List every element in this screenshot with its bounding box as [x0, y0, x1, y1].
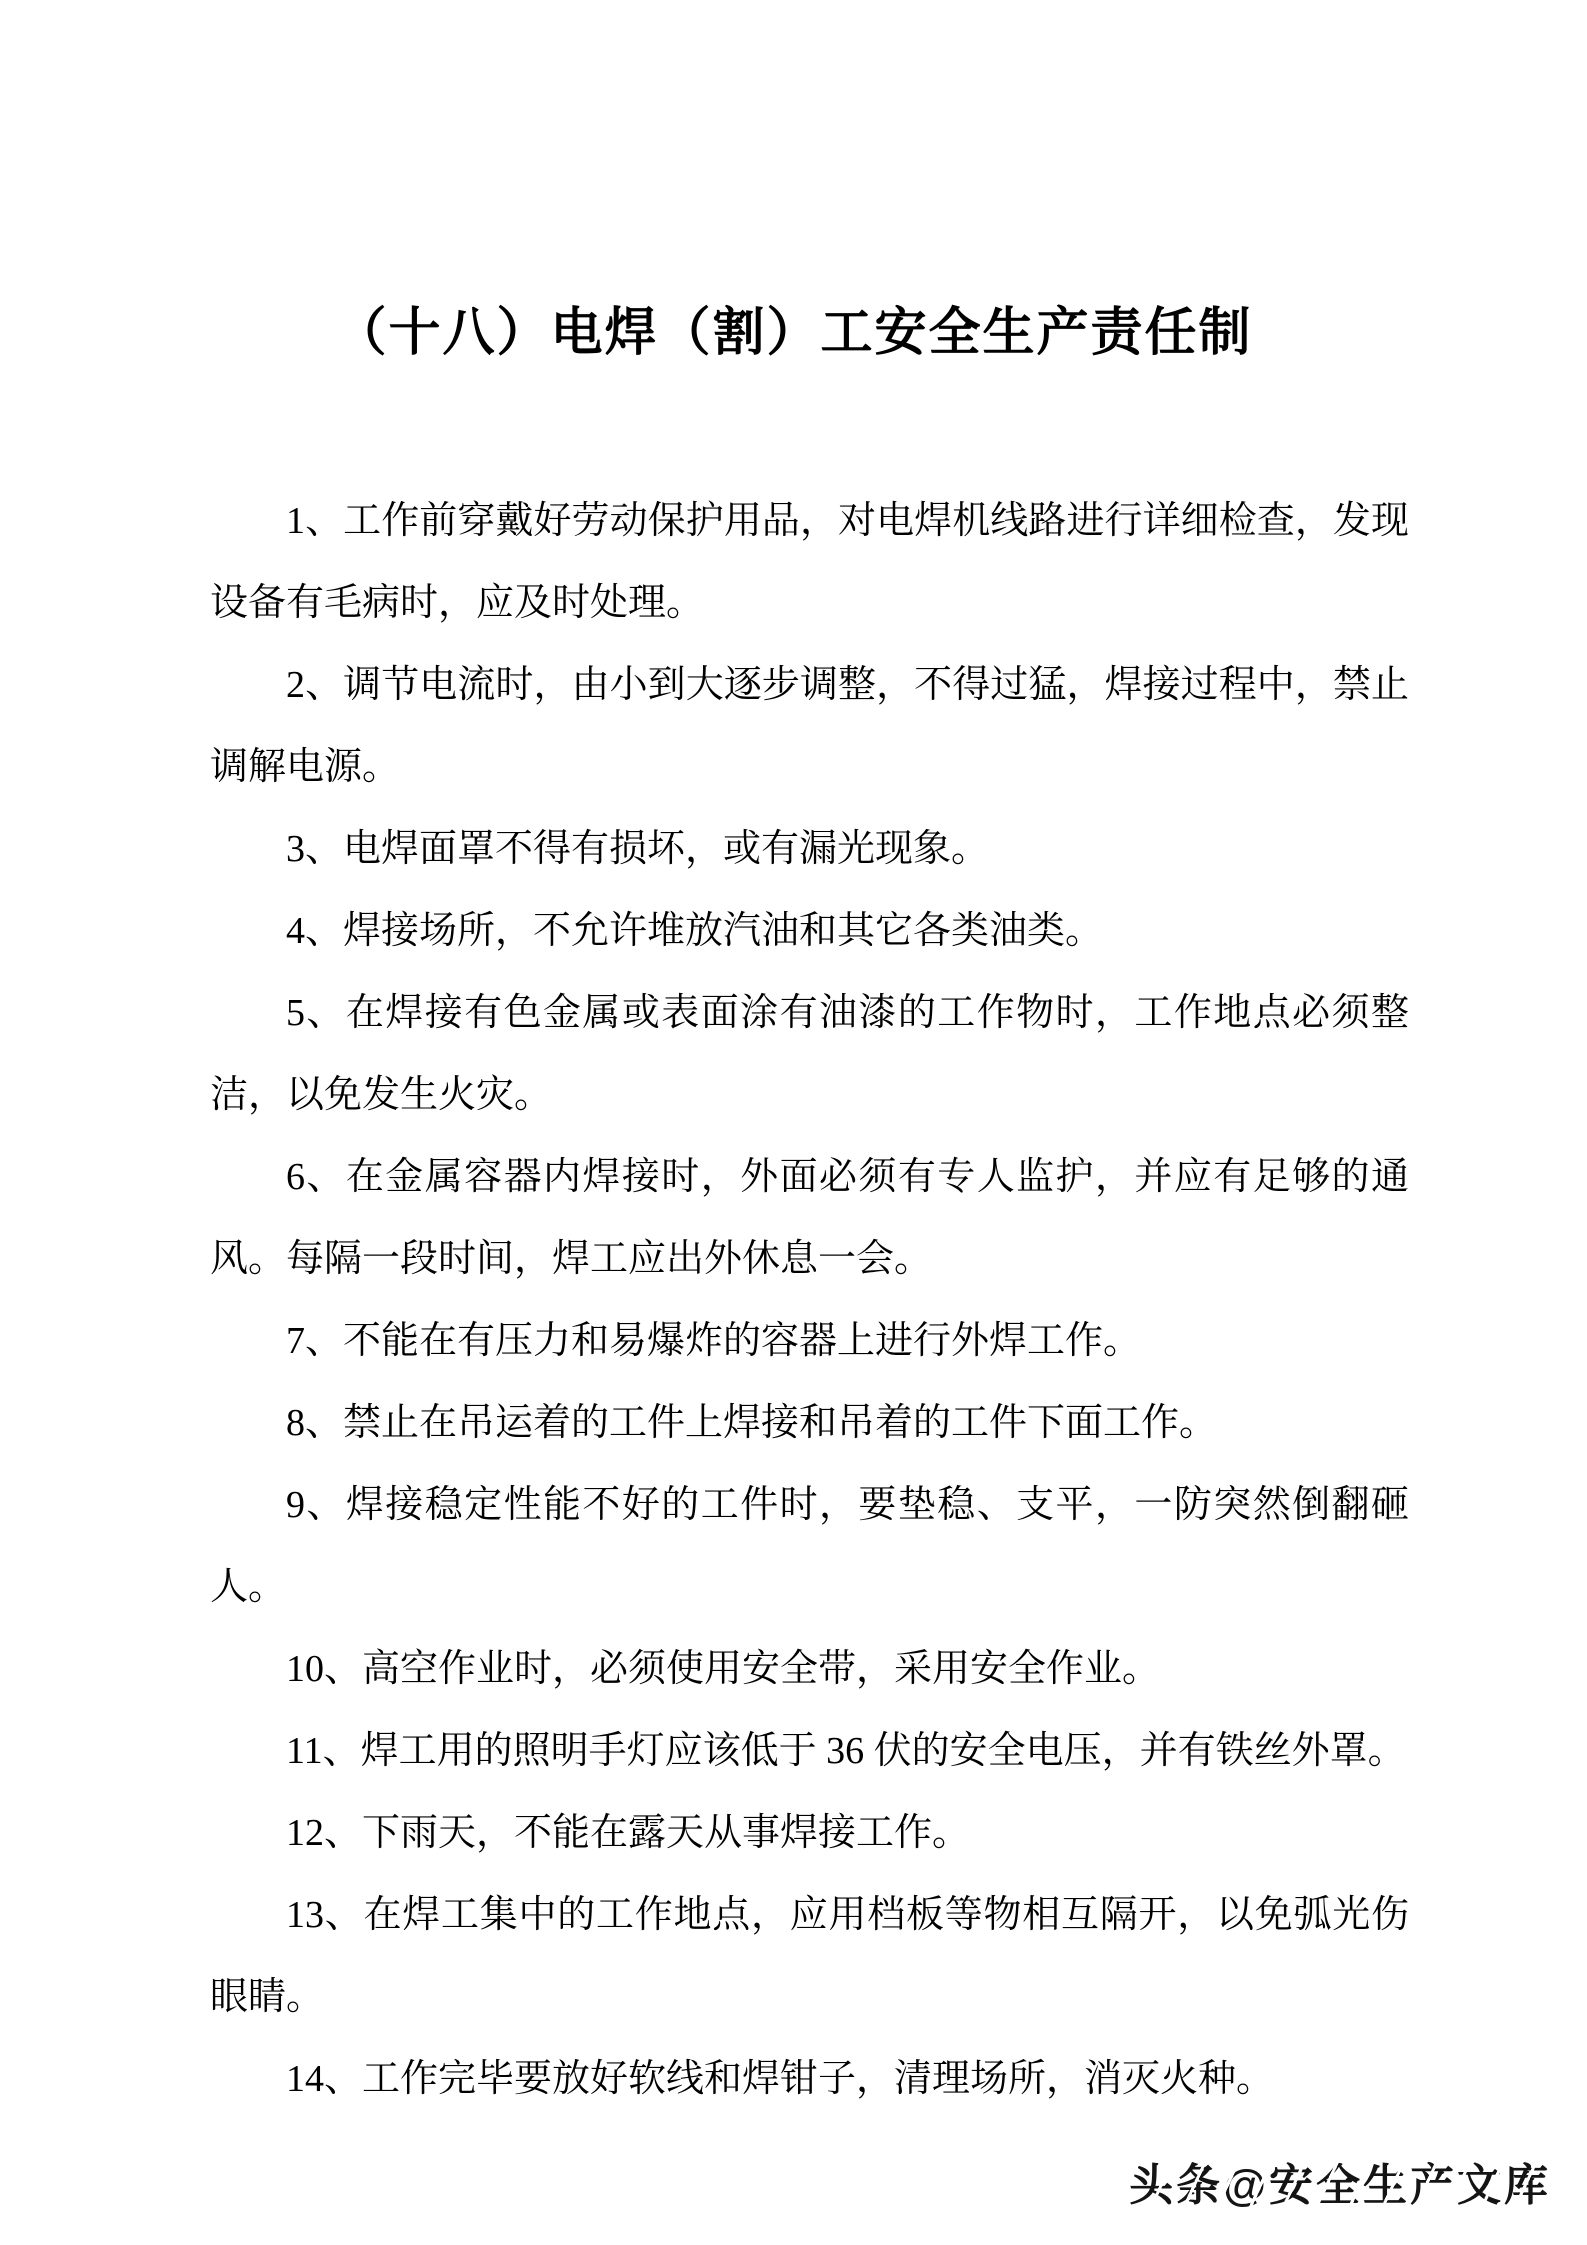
rule-item-4: 4、焊接场所，不允许堆放汽油和其它各类油类。 — [210, 890, 1409, 972]
rule-item-5: 5、在焊接有色金属或表面涂有油漆的工作物时，工作地点必须整洁，以免发生火灾。 — [210, 972, 1409, 1136]
rule-item-12: 12、下雨天，不能在露天从事焊接工作。 — [210, 1792, 1409, 1874]
rule-item-1: 1、工作前穿戴好劳动保护用品，对电焊机线路进行详细检查，发现设备有毛病时，应及时… — [210, 480, 1409, 644]
rule-item-7: 7、不能在有压力和易爆炸的容器上进行外焊工作。 — [210, 1300, 1409, 1382]
rule-item-14: 14、工作完毕要放好软线和焊钳子，清理场所，消灭火种。 — [210, 2038, 1409, 2120]
rule-item-10: 10、高空作业时，必须使用安全带，采用安全作业。 — [210, 1628, 1409, 1710]
rule-item-3: 3、电焊面罩不得有损坏，或有漏光现象。 — [210, 808, 1409, 890]
rule-item-6: 6、在金属容器内焊接时，外面必须有专人监护，并应有足够的通风。每隔一段时间，焊工… — [210, 1136, 1409, 1300]
rule-item-2: 2、调节电流时，由小到大逐步调整，不得过猛，焊接过程中，禁止调解电源。 — [210, 644, 1409, 808]
rule-item-9: 9、焊接稳定性能不好的工件时，要垫稳、支平，一防突然倒翻砸人。 — [210, 1464, 1409, 1628]
rule-item-8: 8、禁止在吊运着的工件上焊接和吊着的工件下面工作。 — [210, 1382, 1409, 1464]
document-title: （十八）电焊（割）工安全生产责任制 — [0, 0, 1587, 368]
toutiao-watermark: 头条@安全生产文库 — [1129, 2149, 1551, 2213]
rule-item-13: 13、在焊工集中的工作地点，应用档板等物相互隔开，以免弧光伤眼睛。 — [210, 1874, 1409, 2038]
rule-item-11: 11、焊工用的照明手灯应该低于 36 伏的安全电压，并有铁丝外罩。 — [210, 1710, 1409, 1792]
document-body: 1、工作前穿戴好劳动保护用品，对电焊机线路进行详细检查，发现设备有毛病时，应及时… — [0, 480, 1587, 2120]
document-page: （十八）电焊（割）工安全生产责任制 1、工作前穿戴好劳动保护用品，对电焊机线路进… — [0, 0, 1587, 2245]
